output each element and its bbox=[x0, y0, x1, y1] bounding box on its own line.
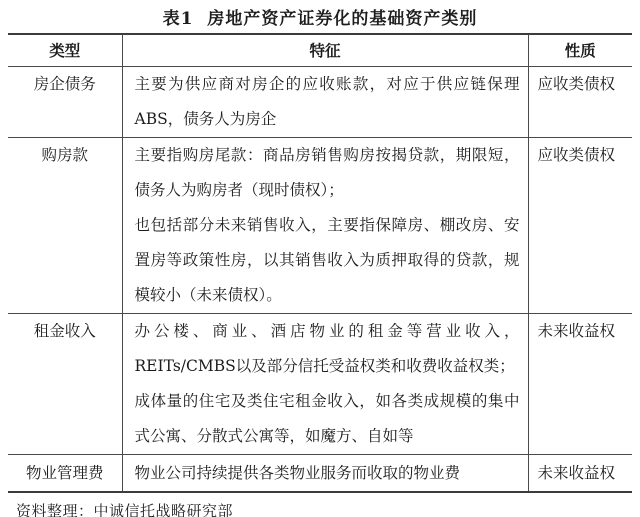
cell-type: 租金收入 bbox=[8, 313, 122, 454]
cell-features: 物业公司持续提供各类物业服务而收取的物业费 bbox=[122, 454, 528, 492]
col-header-features: 特征 bbox=[122, 34, 528, 66]
document-page: 表1 房地产资产证券化的基础资产类别 类型 特征 性质 房企债务 主要为供应商对… bbox=[0, 0, 640, 517]
asset-category-table: 类型 特征 性质 房企债务 主要为供应商对房企的应收账款，对应于供应链保理ABS… bbox=[8, 33, 632, 493]
cell-nature: 应收类债权 bbox=[528, 66, 632, 137]
cell-features: 办公楼、商业、酒店物业的租金等营业收入，REITs/CMBS以及部分信托受益权类… bbox=[122, 313, 528, 454]
table-row: 房企债务 主要为供应商对房企的应收账款，对应于供应链保理ABS，债务人为房企 应… bbox=[8, 66, 632, 137]
cell-type: 物业管理费 bbox=[8, 454, 122, 492]
table-title: 表1 房地产资产证券化的基础资产类别 bbox=[0, 0, 640, 33]
cell-nature: 应收类债权 bbox=[528, 137, 632, 313]
cell-type: 购房款 bbox=[8, 137, 122, 313]
cell-nature: 未来收益权 bbox=[528, 313, 632, 454]
table-header-row: 类型 特征 性质 bbox=[8, 34, 632, 66]
table-row: 购房款 主要指购房尾款：商品房销售购房按揭贷款，期限短，债务人为购房者（现时债权… bbox=[8, 137, 632, 313]
feature-paragraph: 成体量的住宅及类住宅租金收入，如各类成规模的集中式公寓、分散式公寓等，如魔方、自… bbox=[135, 384, 520, 454]
cell-features: 主要指购房尾款：商品房销售购房按揭贷款，期限短，债务人为购房者（现时债权）； 也… bbox=[122, 137, 528, 313]
table-row: 物业管理费 物业公司持续提供各类物业服务而收取的物业费 未来收益权 bbox=[8, 454, 632, 492]
feature-paragraph: 办公楼、商业、酒店物业的租金等营业收入，REITs/CMBS以及部分信托受益权类… bbox=[135, 314, 520, 384]
cell-type: 房企债务 bbox=[8, 66, 122, 137]
feature-paragraph: 物业公司持续提供各类物业服务而收取的物业费 bbox=[135, 455, 520, 491]
table-number: 表1 bbox=[163, 4, 194, 29]
table-row: 租金收入 办公楼、商业、酒店物业的租金等营业收入，REITs/CMBS以及部分信… bbox=[8, 313, 632, 454]
col-header-nature: 性质 bbox=[528, 34, 632, 66]
source-note: 资料整理：中诚信托战略研究部 bbox=[16, 500, 640, 517]
table-title-text: 房地产资产证券化的基础资产类别 bbox=[207, 4, 477, 29]
col-header-type: 类型 bbox=[8, 34, 122, 66]
feature-paragraph: 主要为供应商对房企的应收账款，对应于供应链保理ABS，债务人为房企 bbox=[135, 67, 520, 137]
cell-nature: 未来收益权 bbox=[528, 454, 632, 492]
feature-paragraph: 也包括部分未来销售收入，主要指保障房、棚改房、安置房等政策性房，以其销售收入为质… bbox=[135, 208, 520, 313]
cell-features: 主要为供应商对房企的应收账款，对应于供应链保理ABS，债务人为房企 bbox=[122, 66, 528, 137]
feature-paragraph: 主要指购房尾款：商品房销售购房按揭贷款，期限短，债务人为购房者（现时债权）； bbox=[135, 138, 520, 208]
